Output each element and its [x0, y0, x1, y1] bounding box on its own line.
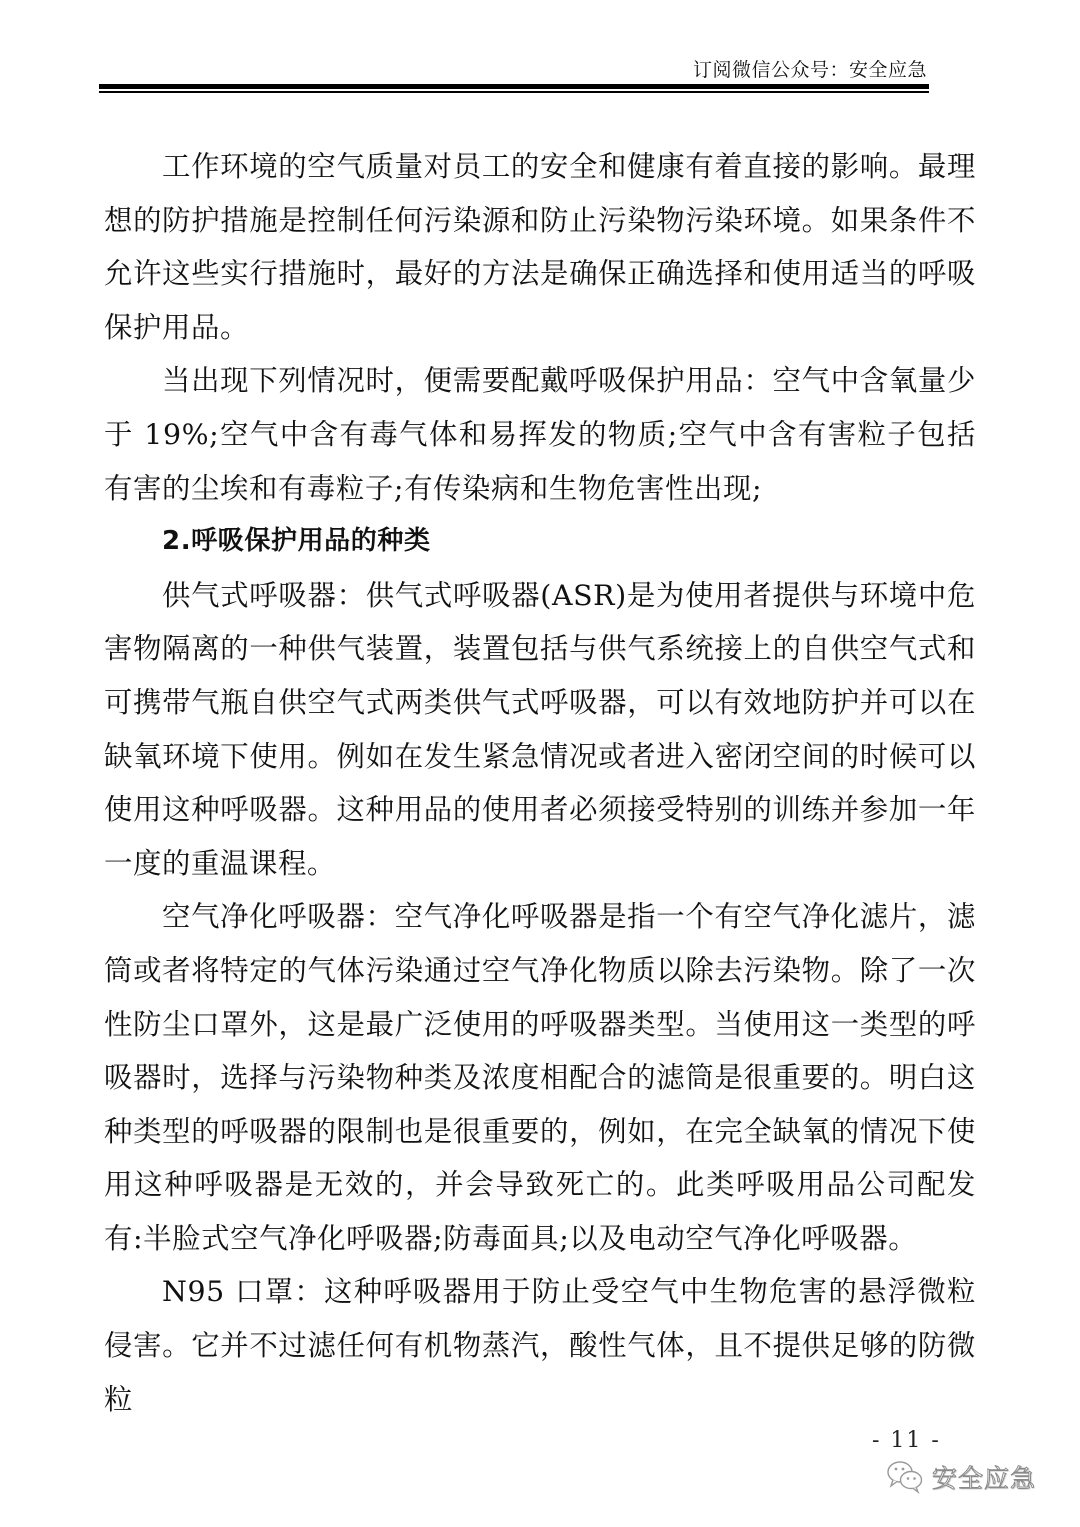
page-header: 订阅微信公众号：安全应急: [99, 58, 929, 94]
document-body: 工作环境的空气质量对员工的安全和健康有着直接的影响。最理想的防护措施是控制任何污…: [104, 140, 976, 1426]
paragraph-air-purifying-respirator: 空气净化呼吸器：空气净化呼吸器是指一个有空气净化滤片，滤筒或者将特定的气体污染通…: [104, 890, 976, 1265]
page-number: - 11 -: [872, 1428, 941, 1454]
paragraph-air-quality: 工作环境的空气质量对员工的安全和健康有着直接的影响。最理想的防护措施是控制任何污…: [104, 140, 976, 354]
paragraph-supplied-air-respirator: 供气式呼吸器：供气式呼吸器(ASR)是为使用者提供与环境中危害物隔离的一种供气装…: [104, 569, 976, 891]
paragraph-n95-mask: N95 口罩：这种呼吸器用于防止受空气中生物危害的悬浮微粒侵害。它并不过滤任何有…: [104, 1265, 976, 1426]
paragraph-when-to-wear: 当出现下列情况时，便需要配戴呼吸保护用品：空气中含氧量少于 19%;空气中含有毒…: [104, 354, 976, 515]
watermark-account-name: 安全应急: [932, 1459, 1036, 1495]
wechat-icon: [886, 1459, 924, 1495]
section-heading: 2.呼吸保护用品的种类: [104, 515, 976, 569]
wechat-watermark: 安全应急: [886, 1455, 1036, 1499]
header-rule-thick: [99, 84, 929, 89]
header-subscribe-text: 订阅微信公众号：安全应急: [693, 58, 927, 82]
header-rule-thin: [99, 91, 929, 93]
